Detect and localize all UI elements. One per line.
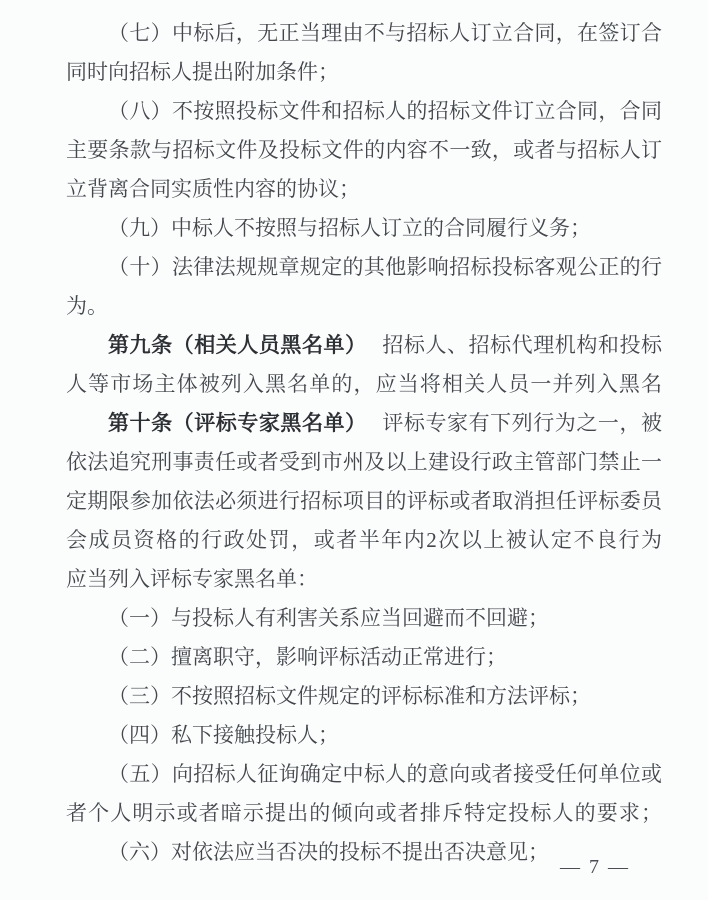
article-heading-10: 第十条（评标专家黑名单） [108,411,367,435]
line-text: 者个人明示或者暗示提出的倾向或者排斥特定投标人的要求； [66,801,662,825]
text-line: 者个人明示或者暗示提出的倾向或者排斥特定投标人的要求； [66,794,662,833]
line-text: （八）不按照投标文件和招标人的招标文件订立合同，合同 [108,99,662,123]
line-text: （一）与投标人有利害关系应当回避而不回避； [108,606,549,630]
text-line: 同时向招标人提出附加条件； [66,53,662,92]
text-line: （二）擅离职守，影响评标活动正常进行； [66,638,662,677]
line-text: 为。 [66,294,108,318]
line-text: （三）不按照招标文件规定的评标标准和方法评标； [108,684,591,708]
text-line: （五）向招标人征询确定中标人的意向或者接受任何单位或 [66,755,662,794]
line-text: 定期限参加依法必须进行招标项目的评标或者取消担任评标委员 [66,489,662,513]
line-text: （十）法律法规规章规定的其他影响招标投标客观公正的行 [108,255,662,279]
document-body: （七）中标后，无正当理由不与招标人订立合同，在签订合 同时向招标人提出附加条件；… [66,14,662,872]
line-text: （九）中标人不按照与招标人订立的合同履行义务； [108,216,591,240]
page-number: — 7 — [560,856,630,879]
line-text: 招标人、招标代理机构和投标 [382,333,662,357]
text-line: 定期限参加依法必须进行招标项目的评标或者取消担任评标委员 [66,482,662,521]
text-line: （三）不按照招标文件规定的评标标准和方法评标； [66,677,662,716]
text-line: （九）中标人不按照与招标人订立的合同履行义务； [66,209,662,248]
line-text: 立背离合同实质性内容的协议； [66,177,360,201]
line-text: （六）对依法应当否决的投标不提出否决意见； [108,840,549,864]
line-text: 人等市场主体被列入黑名单的，应当将相关人员一并列入黑名单。 [66,372,662,404]
scanned-document-page: （七）中标后，无正当理由不与招标人订立合同，在签订合 同时向招标人提出附加条件；… [0,0,708,900]
line-text: 同时向招标人提出附加条件； [66,60,339,84]
text-line: （四）私下接触投标人； [66,716,662,755]
line-text: 会成员资格的行政处罚，或者半年内2次以上被认定不良行为的， [66,528,662,560]
text-line: 第十条（评标专家黑名单）评标专家有下列行为之一，被 [66,404,662,443]
text-line: 立背离合同实质性内容的协议； [66,170,662,209]
line-text: （二）擅离职守，影响评标活动正常进行； [108,645,507,669]
text-line: （七）中标后，无正当理由不与招标人订立合同，在签订合 [66,14,662,53]
text-line: 人等市场主体被列入黑名单的，应当将相关人员一并列入黑名单。 [66,365,662,404]
article-heading-9: 第九条（相关人员黑名单） [108,333,367,357]
text-line: （一）与投标人有利害关系应当回避而不回避； [66,599,662,638]
text-line: 依法追究刑事责任或者受到市州及以上建设行政主管部门禁止一 [66,443,662,482]
line-text: 依法追究刑事责任或者受到市州及以上建设行政主管部门禁止一 [66,450,662,474]
text-line: 第九条（相关人员黑名单）招标人、招标代理机构和投标 [66,326,662,365]
line-text: 主要条款与招标文件及投标文件的内容不一致，或者与招标人订 [66,138,662,162]
text-line: （十）法律法规规章规定的其他影响招标投标客观公正的行 [66,248,662,287]
text-line: 会成员资格的行政处罚，或者半年内2次以上被认定不良行为的， [66,521,662,560]
line-text: （七）中标后，无正当理由不与招标人订立合同，在签订合 [108,21,662,45]
line-text: （四）私下接触投标人； [108,723,339,747]
line-text: （五）向招标人征询确定中标人的意向或者接受任何单位或 [108,762,662,786]
line-text: 应当列入评标专家黑名单： [66,567,318,591]
text-line: 应当列入评标专家黑名单： [66,560,662,599]
line-text: 评标专家有下列行为之一，被 [382,411,662,435]
text-line: 主要条款与招标文件及投标文件的内容不一致，或者与招标人订 [66,131,662,170]
text-line: 为。 [66,287,662,326]
text-line: （八）不按照投标文件和招标人的招标文件订立合同，合同 [66,92,662,131]
